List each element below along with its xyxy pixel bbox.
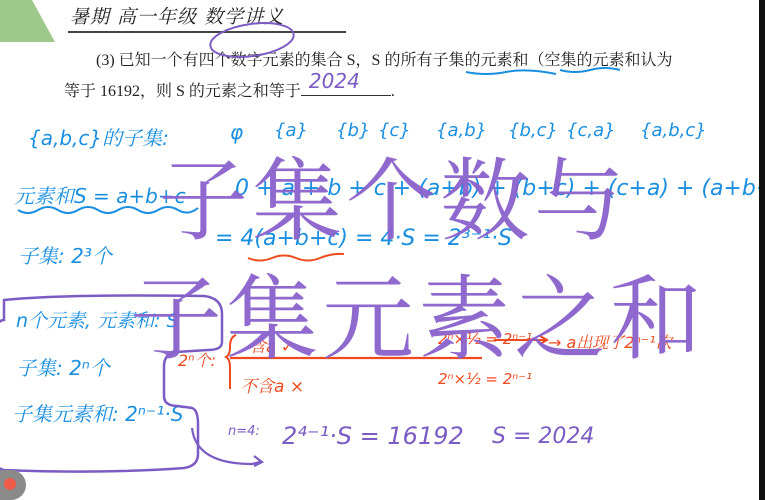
rule-subset-count: 子集: 2ⁿ个 (16, 352, 110, 381)
lecture-page: 暑期 高一年级 数学讲义 (3) 已知一个有四个数字元素的集合 S，S 的所有子… (0, 0, 765, 500)
problem-line-2: 等于 16192，则 S 的元素之和等于2024. (64, 78, 395, 101)
header-underline (68, 31, 346, 33)
handwritten-answer: 2024 (309, 69, 360, 93)
purple-result: S = 2024 (492, 424, 594, 449)
problem-line-1: (3) 已知一个有四个数字元素的集合 S，S 的所有子集的元素和（空集的元素和认… (96, 47, 672, 70)
record-icon (4, 478, 16, 490)
right-border (759, 0, 765, 500)
overlay-title-line-2: 子集元素之和 (130, 246, 706, 378)
purple-equation: 2⁴⁻¹·S = 16192 (282, 422, 464, 450)
purple-n4-label: n=4: (228, 424, 260, 439)
problem-line-2-text: 等于 16192，则 S 的元素之和等于 (64, 83, 301, 100)
recording-button[interactable] (0, 470, 26, 500)
subset-abc: {a,b,c} (640, 120, 707, 141)
subsets-label: {a,b,c}的子集: (28, 122, 169, 151)
rule-subset-element-sum: 子集元素和: 2ⁿ⁻¹·S (12, 398, 183, 427)
answer-blank: 2024 (301, 79, 391, 96)
subset-count-three: 子集: 2³个 (18, 240, 112, 269)
handout-header-title: 暑期 高一年级 数学讲义 (70, 2, 284, 29)
green-corner-tab (0, 0, 55, 42)
overlay-title-line-1: 子集个数与 (158, 128, 628, 258)
problem-line-2-period: . (391, 83, 395, 100)
